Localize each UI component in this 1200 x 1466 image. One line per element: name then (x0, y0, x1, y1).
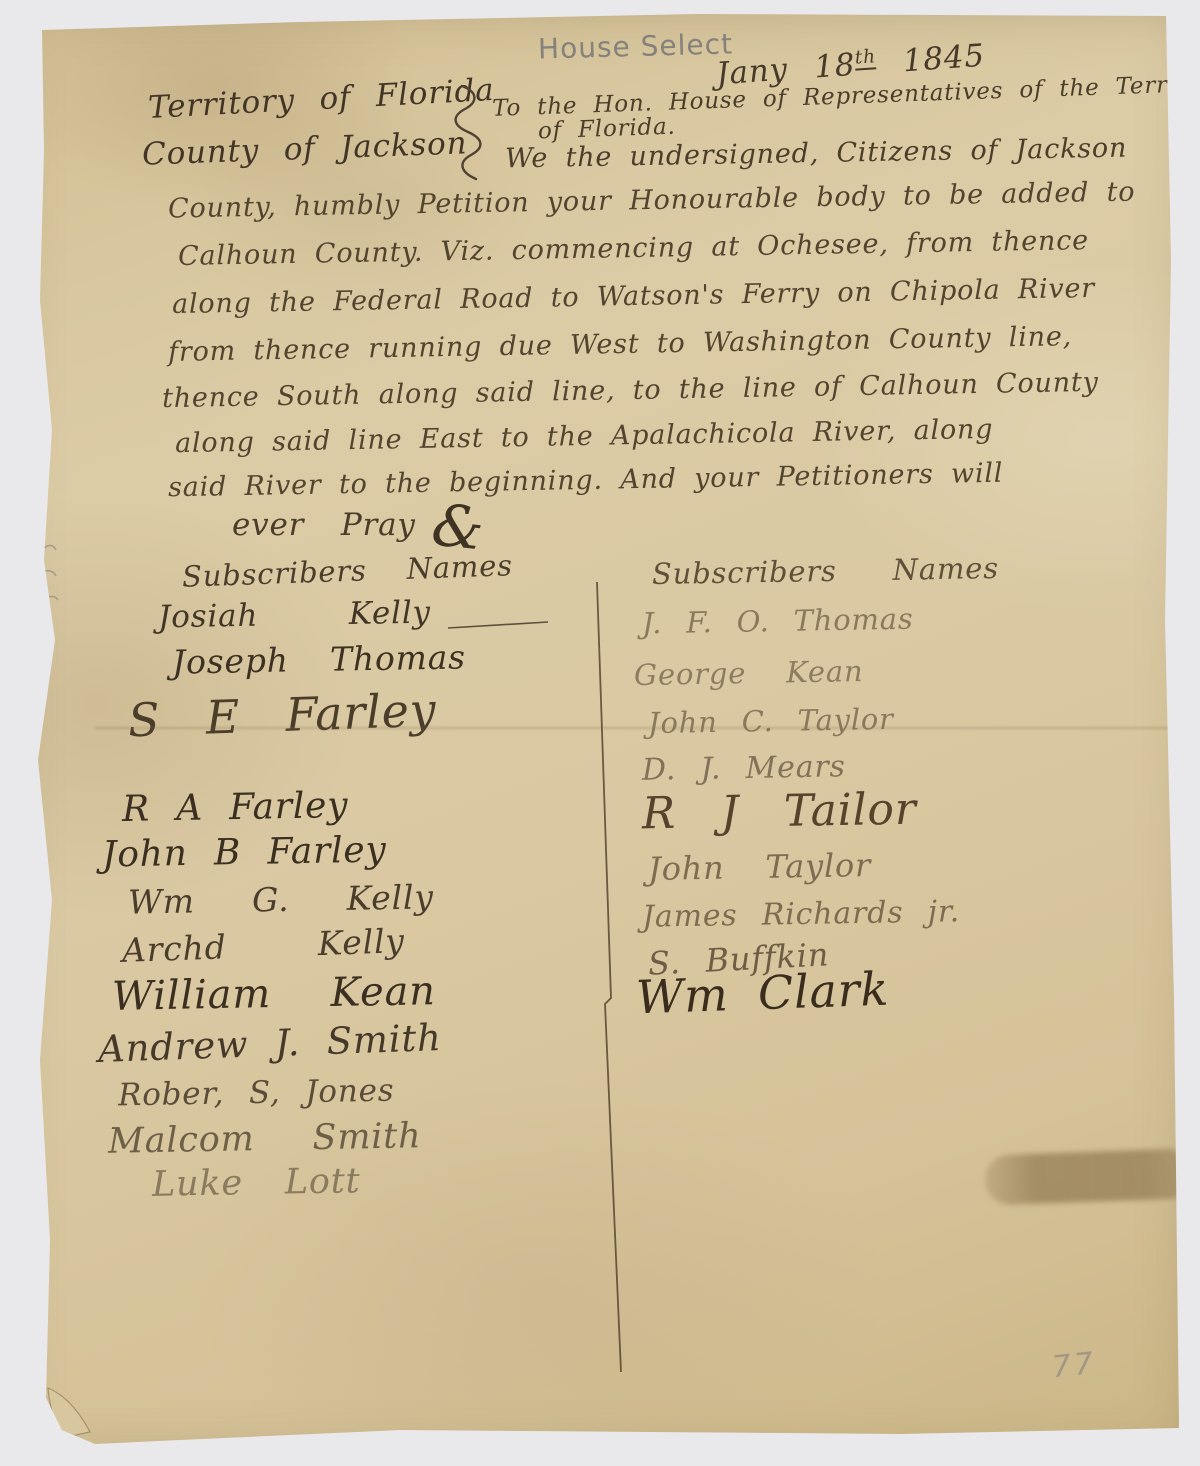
corner-fold (48, 1388, 90, 1438)
scanned-document-photo: { "annotations": { "pencil_note": "House… (0, 0, 1200, 1466)
page-number: 77 (1050, 1346, 1098, 1385)
signature-underline (448, 622, 548, 628)
ink-smudge-stain (984, 1149, 1186, 1206)
paper-sheet: House Select Jany 18th 1845 Territory of… (0, 0, 1200, 1466)
column-fold-line (597, 582, 621, 1372)
horizontal-crease (95, 727, 1170, 729)
brace-squiggle (456, 86, 481, 179)
margin-scribble (42, 545, 58, 600)
ink-marks-overlay (0, 0, 1200, 1466)
